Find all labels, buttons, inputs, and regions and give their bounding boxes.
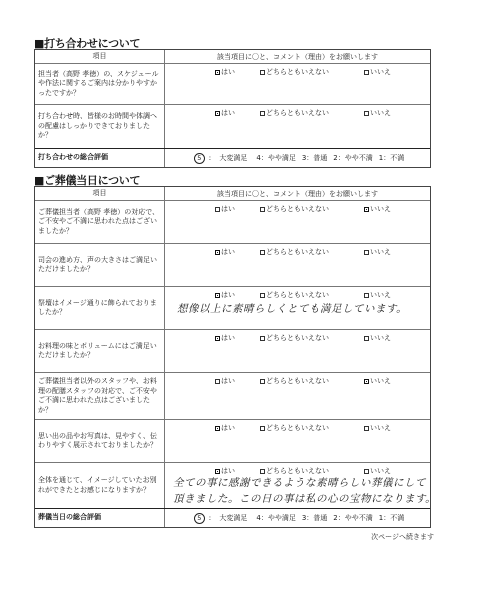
option-yes[interactable]: はい [215, 67, 235, 77]
option-yes[interactable]: はい [215, 376, 235, 386]
question-text: 司会の進め方、声の大きさはご満足いただけましたか？ [35, 244, 165, 286]
total-rating-row: 打ち合わせの総合評価 5: 大変満足 4：やや満足 3：普通 2：やや不満 1：… [35, 148, 430, 167]
table-header-row: 項目 該当項目に〇と、コメント（理由）をお願いします [35, 187, 430, 200]
checkbox-icon[interactable] [364, 469, 369, 474]
option-no[interactable]: いいえ [364, 108, 391, 118]
option-neutral[interactable]: どちらともいえない [260, 247, 329, 257]
rating-scale[interactable]: 5: 大変満足 4：やや満足 3：普通 2：やや不満 1：不満 [165, 509, 430, 527]
checkbox-icon[interactable] [364, 111, 369, 116]
checkbox-icon[interactable] [260, 379, 265, 384]
option-yes[interactable]: はい [215, 204, 235, 214]
option-neutral[interactable]: どちらともいえない [260, 423, 329, 433]
option-no[interactable]: いいえ [364, 204, 391, 214]
question-text: 全体を通じて、イメージしていたお別れができたとお感じになりますか？ [35, 463, 165, 508]
continued-note: 次ページへ続きます [371, 532, 434, 542]
checkbox-checked-icon[interactable] [215, 426, 220, 431]
checkbox-icon[interactable] [260, 293, 265, 298]
question-text: ご葬儀担当者（高野 孝徳）の対応で、ご不安やご不満に思われた点はございましたか？ [35, 201, 165, 243]
checkbox-icon[interactable] [260, 207, 265, 212]
option-neutral[interactable]: どちらともいえない [260, 108, 329, 118]
handwritten-comment-line2: 頂きました。この日の事は私の心の宝物になります。 [173, 491, 436, 506]
rating-scale[interactable]: 5: 大変満足 4：やや満足 3：普通 2：やや不満 1：不満 [165, 149, 430, 167]
checkbox-icon[interactable] [215, 207, 220, 212]
question-text: 担当者（高野 孝徳）の、スケジュールや作法に関するご案内は分かりやすかったですか… [35, 64, 165, 104]
total-rating-row: 葬儀当日の総合評価 5: 大変満足 4：やや満足 3：普通 2：やや不満 1：不… [35, 508, 430, 527]
option-yes[interactable]: はい [215, 108, 235, 118]
option-neutral[interactable]: どちらともいえない [260, 376, 329, 386]
checkbox-icon[interactable] [364, 336, 369, 341]
checkbox-icon[interactable] [260, 469, 265, 474]
question-row: ご葬儀担当者（高野 孝徳）の対応で、ご不安やご不満に思われた点はございましたか？… [35, 200, 430, 243]
total-label: 葬儀当日の総合評価 [35, 509, 165, 527]
option-no[interactable]: いいえ [364, 247, 391, 257]
option-neutral[interactable]: どちらともいえない [260, 204, 329, 214]
question-text: ご葬儀担当者以外のスタッフや、お料理の配膳スタッフの対応で、ご不安やご不満に思わ… [35, 373, 165, 419]
option-yes[interactable]: はい [215, 423, 235, 433]
question-text: 祭壇はイメージ通りに飾られておりましたか？ [35, 287, 165, 329]
option-yes[interactable]: はい [215, 333, 235, 343]
option-no[interactable]: いいえ [364, 333, 391, 343]
option-yes[interactable]: はい [215, 290, 235, 300]
option-neutral[interactable]: どちらともいえない [260, 333, 329, 343]
checkbox-icon[interactable] [364, 70, 369, 75]
option-yes[interactable]: はい [215, 247, 235, 257]
question-row: 祭壇はイメージ通りに飾られておりましたか？ はい どちらともいえない いいえ 想… [35, 286, 430, 329]
checkbox-checked-icon[interactable] [215, 293, 220, 298]
question-row: お料理の味とボリュームにはご満足いただけましたか？ はい どちらともいえない い… [35, 329, 430, 372]
option-no[interactable]: いいえ [364, 67, 391, 77]
checkbox-checked-icon[interactable] [215, 469, 220, 474]
question-row: ご葬儀担当者以外のスタッフや、お料理の配膳スタッフの対応で、ご不安やご不満に思わ… [35, 372, 430, 419]
checkbox-checked-icon[interactable] [215, 250, 220, 255]
header-instruction: 該当項目に〇と、コメント（理由）をお願いします [165, 187, 430, 200]
header-item: 項目 [35, 187, 165, 200]
handwritten-comment: 想像以上に素晴らしくとても満足しています。 [177, 301, 407, 316]
question-row: 思い出の品やお写真は、見やすく、伝わりやすく展示されておりましたか？ はい どち… [35, 419, 430, 462]
option-neutral[interactable]: どちらともいえない [260, 67, 329, 77]
header-instruction: 該当項目に〇と、コメント（理由）をお願いします [165, 50, 430, 63]
header-item: 項目 [35, 50, 165, 63]
handwritten-comment: 全ての事に感謝できるような素晴らしい葬儀にして [173, 475, 426, 490]
question-row: 全体を通じて、イメージしていたお別れができたとお感じになりますか？ はい どちら… [35, 462, 430, 508]
total-label: 打ち合わせの総合評価 [35, 149, 165, 167]
option-no[interactable]: いいえ [364, 290, 391, 300]
checkbox-checked-icon[interactable] [215, 336, 220, 341]
question-text: お料理の味とボリュームにはご満足いただけましたか？ [35, 330, 165, 372]
option-no[interactable]: いいえ [364, 423, 391, 433]
checkbox-icon[interactable] [260, 250, 265, 255]
checkbox-icon[interactable] [364, 426, 369, 431]
circled-rating-icon: 5 [194, 153, 205, 164]
table-header-row: 項目 該当項目に〇と、コメント（理由）をお願いします [35, 50, 430, 63]
checkbox-icon[interactable] [260, 426, 265, 431]
circled-rating-icon: 5 [194, 513, 205, 524]
checkbox-checked-icon[interactable] [215, 111, 220, 116]
checkbox-icon[interactable] [260, 70, 265, 75]
checkbox-checked-icon[interactable] [364, 379, 369, 384]
meeting-table: 項目 該当項目に〇と、コメント（理由）をお願いします 担当者（高野 孝徳）の、ス… [34, 49, 431, 168]
funeral-day-table: 項目 該当項目に〇と、コメント（理由）をお願いします ご葬儀担当者（高野 孝徳）… [34, 186, 431, 528]
question-text: 打ち合わせ時、皆様のお時間や体調への配慮はしっかりできておりましたか？ [35, 105, 165, 148]
option-neutral[interactable]: どちらともいえない [260, 290, 329, 300]
question-row: 司会の進め方、声の大きさはご満足いただけましたか？ はい どちらともいえない い… [35, 243, 430, 286]
checkbox-checked-icon[interactable] [215, 70, 220, 75]
question-row: 担当者（高野 孝徳）の、スケジュールや作法に関するご案内は分かりやすかったですか… [35, 63, 430, 104]
option-no[interactable]: いいえ [364, 376, 391, 386]
checkbox-icon[interactable] [364, 250, 369, 255]
checkbox-icon[interactable] [260, 336, 265, 341]
checkbox-icon[interactable] [215, 379, 220, 384]
question-text: 思い出の品やお写真は、見やすく、伝わりやすく展示されておりましたか？ [35, 420, 165, 462]
checkbox-icon[interactable] [364, 293, 369, 298]
checkbox-checked-icon[interactable] [364, 207, 369, 212]
question-row: 打ち合わせ時、皆様のお時間や体調への配慮はしっかりできておりましたか？ はい ど… [35, 104, 430, 148]
checkbox-icon[interactable] [260, 111, 265, 116]
